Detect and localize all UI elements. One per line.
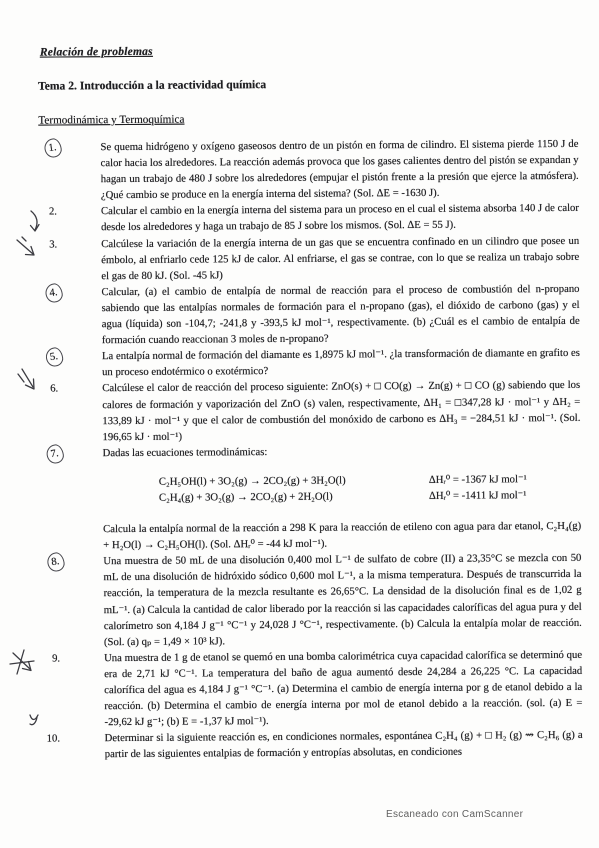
document-title: Relación de problemas	[40, 42, 599, 59]
problem-10-text: Determinar si la siguiente reacción es, …	[105, 727, 583, 763]
problem-8-number: 8.	[46, 552, 65, 573]
problem-4-text: Calcular, (a) el cambio de entalpía de n…	[101, 281, 579, 349]
problem-7-body: Dadas las ecuaciones termodinámicas: C₂H…	[103, 442, 582, 554]
problem-1-text: Se quema hidrógeno y oxígeno gaseosos de…	[100, 136, 578, 204]
camscanner-watermark: Escaneado con CamScanner	[386, 809, 523, 820]
problem-9: 9. Una muestra de 1 g de etanol se quemó…	[4, 646, 599, 731]
equation-1: C₂H₅OH(l) + 3O₂(g) → 2CO₂(g) + 3H₂O(l)	[159, 472, 389, 490]
problem-6-text: Calcúlese el calor de reacción del proce…	[102, 377, 580, 445]
problem-3-text: Calcúlese la variación de la energía int…	[101, 232, 579, 284]
problem-1: 1. Se quema hidrógeno y oxígeno gaseosos…	[0, 136, 599, 205]
problem-2: 2. Calcular el cambio en la energía inte…	[1, 200, 599, 236]
problem-9-text: Una muestra de 1 g de etanol se quemó en…	[104, 647, 583, 731]
problem-10: 10. Determinar si la siguiente reacción …	[5, 727, 599, 763]
problem-1-number: 1.	[43, 137, 62, 158]
problem-4: 4. Calcular, (a) el cambio de entalpía d…	[1, 281, 599, 350]
problem-10-number: 10.	[47, 731, 60, 747]
document-content: Relación de problemas Tema 2. Introducci…	[0, 0, 599, 763]
problem-5-number: 5.	[45, 347, 64, 368]
problem-list: 1. Se quema hidrógeno y oxígeno gaseosos…	[0, 136, 599, 764]
problem-8: 8. Una muestra de 50 mL de una disolució…	[3, 550, 599, 651]
problem-2-number: 2.	[49, 204, 57, 220]
problem-8-text: Una muestra de 50 mL de una disolución 0…	[103, 550, 582, 650]
thermodynamic-equations: C₂H₅OH(l) + 3O₂(g) → 2CO₂(g) + 3H₂O(l) Δ…	[159, 471, 581, 507]
equation-row-2: C₂H₄(g) + 3O₂(g) → 2CO₂(g) + 2H₂O(l) ΔHᵣ…	[159, 487, 581, 507]
problem-7: 7. Dadas las ecuaciones termodinámicas: …	[3, 441, 599, 554]
equation-1-enthalpy: ΔHᵣ⁰ = -1367 kJ mol⁻¹	[429, 471, 527, 488]
problem-5-text: La entalpía normal de formación del diam…	[102, 345, 580, 381]
problem-6-number: 6.	[50, 381, 58, 397]
problem-7-intro: Dadas las ecuaciones termodinámicas:	[103, 442, 581, 461]
equation-2-enthalpy: ΔHᵣ⁰ = -1411 kJ mol⁻¹	[429, 488, 527, 505]
problem-7-follow: Calcula la entalpía normal de la reacció…	[103, 518, 581, 554]
document-subtitle: Tema 2. Introducción a la reactividad qu…	[38, 76, 599, 93]
problem-3-number: 3.	[49, 236, 57, 252]
scanned-document-page: Relación de problemas Tema 2. Introducci…	[0, 0, 599, 848]
problem-4-number: 4.	[44, 282, 63, 303]
problem-2-text: Calcular el cambio en la energía interna…	[101, 200, 579, 236]
equation-2: C₂H₄(g) + 3O₂(g) → 2CO₂(g) + 2H₂O(l)	[159, 489, 389, 507]
problem-7-number: 7.	[45, 443, 64, 464]
problem-5: 5. La entalpía normal de formación del d…	[2, 345, 599, 381]
problem-6: 6. Calcúlese el calor de reacción del pr…	[2, 377, 599, 446]
problem-3: 3. Calcúlese la variación de la energía …	[1, 232, 599, 284]
problem-9-number: 9.	[52, 650, 60, 666]
section-heading: Termodinámica y Termoquímica	[38, 111, 599, 127]
